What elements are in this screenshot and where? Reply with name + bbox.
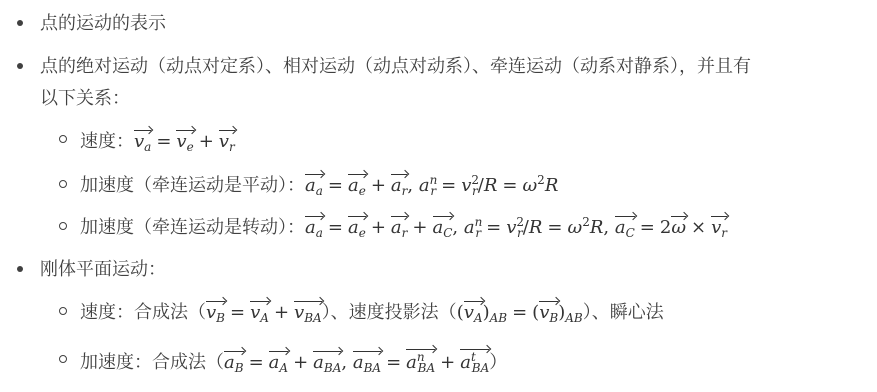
item-point-motion-relations-line2: 以下关系： — [40, 84, 130, 110]
velocity-formula: va=ve+vr — [134, 131, 235, 152]
bullet-icon — [17, 63, 23, 69]
item-point-motion-representation: 点的运动的表示 — [40, 9, 166, 35]
acceleration-rotation-formula: aa=ae+ar+aC, anr=v2r/R=ω2R, aC=2ω×vr — [305, 217, 727, 238]
document: 点的运动的表示 点的绝对运动（动点对定系）、相对运动（动点对动系）、牵连运动（动… — [0, 0, 877, 392]
rigid-velocity-methods: 速度：合成法（vB=vA+vBA）、速度投影法（(vA)AB=(vB)AB）、瞬… — [80, 298, 664, 325]
rigid-velocity-projection-formula: (vA)AB=(vB)AB — [457, 302, 583, 323]
circle-bullet-icon — [59, 222, 67, 230]
circle-bullet-icon — [59, 135, 67, 143]
circle-bullet-icon — [59, 355, 67, 363]
rigid-acceleration-formula: aB=aA+aBA, aBA=anBA+atBA — [224, 352, 489, 373]
item-rigid-body-plane-motion: 刚体平面运动： — [40, 255, 166, 281]
circle-bullet-icon — [59, 180, 67, 188]
circle-bullet-icon — [59, 307, 67, 315]
bullet-icon — [17, 266, 23, 272]
rigid-velocity-composition-formula: vB=vA+vBA — [206, 302, 322, 323]
item-point-motion-relations-line1: 点的绝对运动（动点对定系）、相对运动（动点对动系）、牵连运动（动系对静系），并且… — [40, 52, 751, 78]
rigid-acceleration-methods: 加速度：合成法（aB=aA+aBA, aBA=anBA+atBA） — [80, 346, 507, 375]
acceleration-translation-label: 加速度（牵连运动是平动）：aa=ae+ar, anr=v2r/R=ω2R — [80, 171, 558, 198]
velocity-label: 速度：va=ve+vr — [80, 127, 235, 154]
bullet-icon — [17, 20, 23, 26]
acceleration-rotation-label: 加速度（牵连运动是转动）：aa=ae+ar+aC, anr=v2r/R=ω2R,… — [80, 213, 727, 240]
acceleration-translation-formula: aa=ae+ar, anr=v2r/R=ω2R — [305, 175, 558, 196]
